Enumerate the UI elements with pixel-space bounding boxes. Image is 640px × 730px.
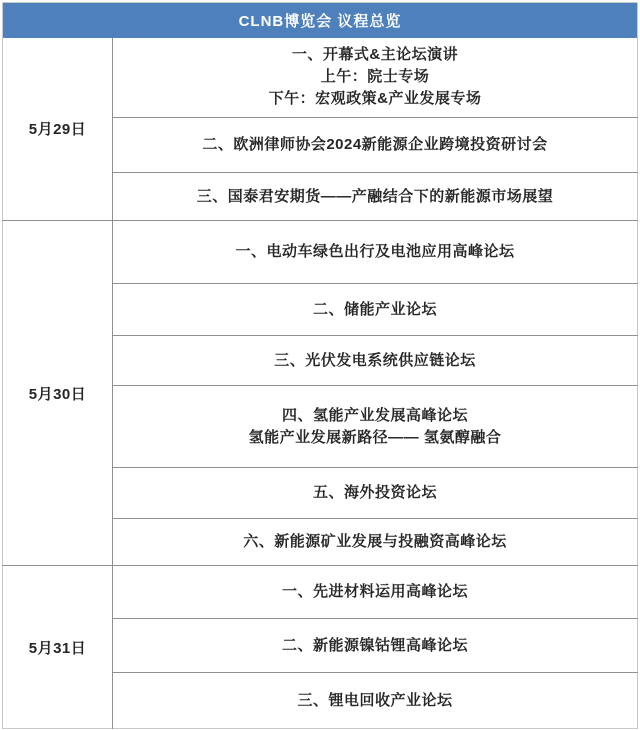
page: CLNB博览会 议程总览 5月29日 一、开幕式&主论坛演讲 上午：院士专场 下… xyxy=(0,0,640,730)
session-line: 三、锂电回收产业论坛 xyxy=(119,690,631,712)
session-line: 三、国泰君安期货——产融结合下的新能源市场展望 xyxy=(119,186,631,208)
session-line: 五、海外投资论坛 xyxy=(119,482,631,504)
date-cell-may31: 5月31日 xyxy=(3,566,113,729)
table-row: 5月29日 一、开幕式&主论坛演讲 上午：院士专场 下午：宏观政策&产业发展专场 xyxy=(3,38,638,118)
session-line: 六、新能源矿业发展与投融资高峰论坛 xyxy=(119,531,631,553)
agenda-table: CLNB博览会 议程总览 5月29日 一、开幕式&主论坛演讲 上午：院士专场 下… xyxy=(2,2,638,729)
session-line: 二、储能产业论坛 xyxy=(119,299,631,321)
table-row: 5月30日 一、电动车绿色出行及电池应用高峰论坛 xyxy=(3,221,638,284)
session-line: 一、先进材料运用高峰论坛 xyxy=(119,581,631,603)
session-line: 二、欧洲律师协会2024新能源企业跨境投资研讨会 xyxy=(119,134,631,156)
page-title: CLNB博览会 议程总览 xyxy=(3,3,638,38)
session-cell: 一、电动车绿色出行及电池应用高峰论坛 xyxy=(113,221,638,284)
session-cell: 二、欧洲律师协会2024新能源企业跨境投资研讨会 xyxy=(113,118,638,173)
session-cell: 三、国泰君安期货——产融结合下的新能源市场展望 xyxy=(113,173,638,221)
session-cell: 三、锂电回收产业论坛 xyxy=(113,673,638,729)
header-row: CLNB博览会 议程总览 xyxy=(3,3,638,38)
session-line: 上午：院士专场 xyxy=(119,66,631,88)
session-cell-opening: 一、开幕式&主论坛演讲 上午：院士专场 下午：宏观政策&产业发展专场 xyxy=(113,38,638,118)
date-cell-may30: 5月30日 xyxy=(3,221,113,566)
session-line: 二、新能源镍钴锂高峰论坛 xyxy=(119,635,631,657)
session-cell: 二、储能产业论坛 xyxy=(113,284,638,336)
session-line: 一、开幕式&主论坛演讲 xyxy=(119,44,631,66)
date-cell-may29: 5月29日 xyxy=(3,38,113,221)
session-line: 三、光伏发电系统供应链论坛 xyxy=(119,350,631,372)
table-row: 5月31日 一、先进材料运用高峰论坛 xyxy=(3,566,638,619)
session-cell: 一、先进材料运用高峰论坛 xyxy=(113,566,638,619)
session-line: 一、电动车绿色出行及电池应用高峰论坛 xyxy=(119,241,631,263)
session-cell: 六、新能源矿业发展与投融资高峰论坛 xyxy=(113,519,638,566)
session-cell-hydrogen: 四、氢能产业发展高峰论坛 氢能产业发展新路径—— 氢氨醇融合 xyxy=(113,386,638,468)
session-line: 下午：宏观政策&产业发展专场 xyxy=(119,88,631,110)
session-line: 四、氢能产业发展高峰论坛 xyxy=(119,405,631,427)
session-line: 氢能产业发展新路径—— 氢氨醇融合 xyxy=(119,427,631,449)
session-cell: 二、新能源镍钴锂高峰论坛 xyxy=(113,619,638,673)
session-cell: 五、海外投资论坛 xyxy=(113,468,638,519)
session-cell: 三、光伏发电系统供应链论坛 xyxy=(113,336,638,386)
